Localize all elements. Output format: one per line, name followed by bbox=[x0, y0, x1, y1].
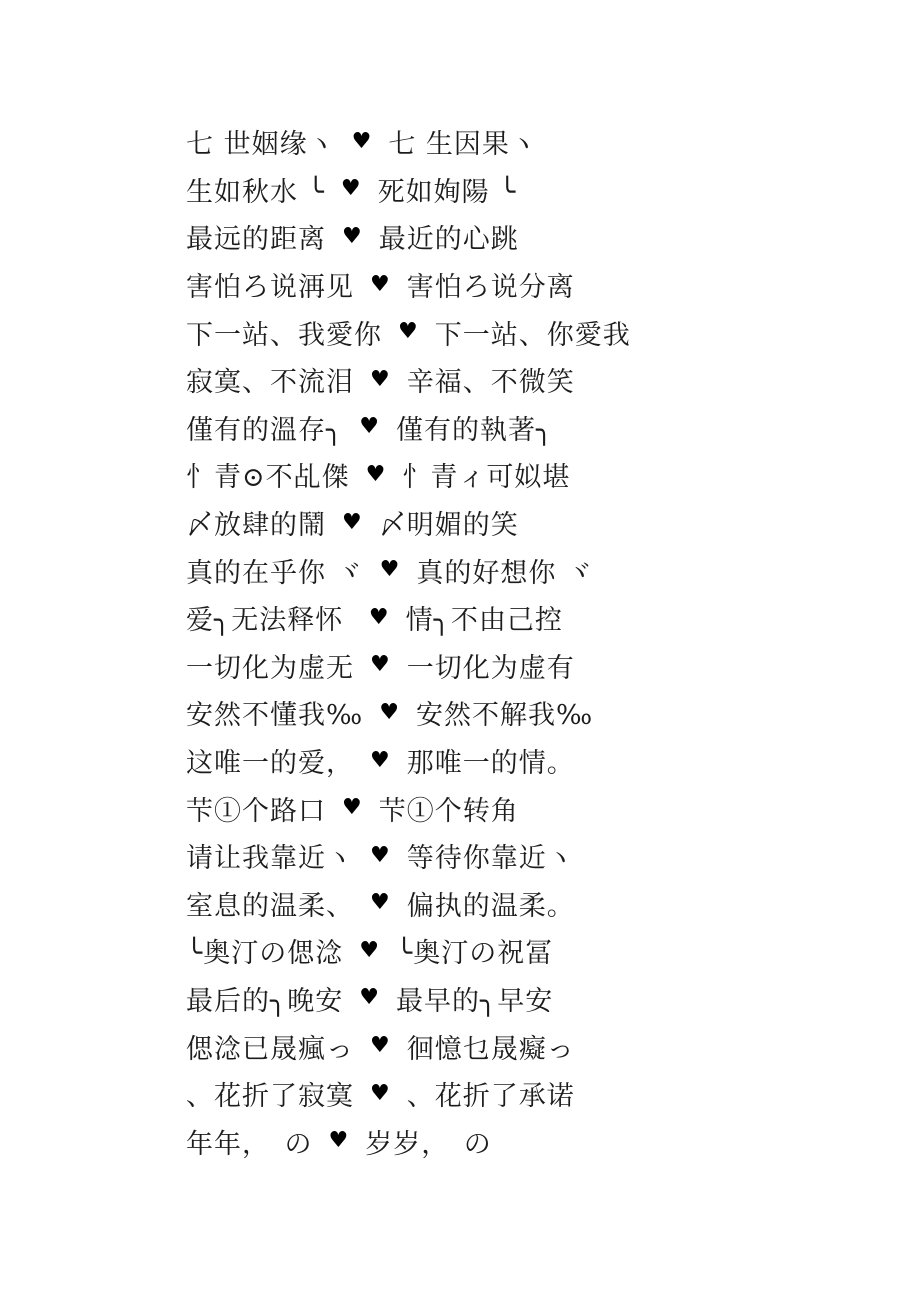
list-item: 生如秋水 ╰ ♥ 死如姰陽 ╰ bbox=[186, 166, 880, 214]
heart-icon: ♥ bbox=[366, 464, 387, 486]
list-item: 年年， の ♥ 岁岁， の bbox=[186, 1117, 880, 1165]
list-item: 爱╮无法释怀 ♥ 情╮不由己控 bbox=[186, 594, 880, 642]
list-item: 室息的温柔、 ♥ 偏执的温柔。 bbox=[186, 880, 880, 928]
right-name: 真的好想你 ヾ bbox=[416, 551, 594, 590]
list-item: 请让我靠近ヽ ♥ 等待你靠近ヽ bbox=[186, 832, 880, 880]
left-name: 芐①个路口 bbox=[186, 789, 326, 828]
list-item: 这唯一的爱， ♥ 那唯一的情。 bbox=[186, 737, 880, 785]
list-item: ╰奥汀の偲淰 ♥ ╰奥汀の祝冨 bbox=[186, 927, 880, 975]
left-name: 请让我靠近ヽ bbox=[186, 836, 354, 875]
heart-icon: ♥ bbox=[370, 892, 391, 914]
heart-icon: ♥ bbox=[379, 702, 400, 724]
right-name: 下一站、你愛我 bbox=[435, 313, 631, 352]
right-name: 情╮不由己控 bbox=[406, 598, 563, 637]
left-name: 偲淰已晟瘋っ bbox=[186, 1027, 354, 1066]
left-name: 爱╮无法释怀 bbox=[186, 598, 353, 637]
left-name: 〆放肆的鬧 bbox=[186, 503, 326, 542]
heart-icon: ♥ bbox=[380, 559, 401, 581]
list-item: 害怕ろ说洅见 ♥ 害怕ろ说分离 bbox=[186, 261, 880, 309]
left-name: 、花折了寂寞 bbox=[186, 1074, 354, 1113]
right-name: 岁岁， の bbox=[365, 1122, 492, 1161]
left-name: 害怕ろ说洅见 bbox=[186, 265, 354, 304]
list-item: 安然不懂我‰ ♥ 安然不解我‰ bbox=[186, 689, 880, 737]
left-name: 这唯一的爱， bbox=[186, 741, 354, 780]
left-name: 僅有的溫存╮ bbox=[186, 408, 343, 447]
left-name: 真的在乎你 ヾ bbox=[186, 551, 364, 590]
right-name: 那唯一的情。 bbox=[407, 741, 575, 780]
list-item: 芐①个路口 ♥ 芐①个转角 bbox=[186, 784, 880, 832]
right-name: 一切化为虚有 bbox=[407, 646, 575, 685]
heart-icon: ♥ bbox=[342, 512, 363, 534]
right-name: 芐①个转角 bbox=[379, 789, 519, 828]
right-name: 最早的╮早安 bbox=[396, 979, 553, 1018]
list-item: 寂寞、不流泪 ♥ 辛福、不微笑 bbox=[186, 356, 880, 404]
list-item: 、花折了寂寞 ♥ 、花折了承诺 bbox=[186, 1070, 880, 1118]
right-name: 安然不解我‰ bbox=[416, 693, 593, 732]
list-item: 忄青⊙不乩傑 ♥ 忄青ィ可姒堪 bbox=[186, 451, 880, 499]
heart-icon: ♥ bbox=[370, 845, 391, 867]
left-name: 室息的温柔、 bbox=[186, 884, 354, 923]
heart-icon: ♥ bbox=[370, 1083, 391, 1105]
right-name: 徊憶乜晟癡っ bbox=[407, 1027, 575, 1066]
left-name: 生如秋水 ╰ bbox=[186, 170, 325, 209]
heart-icon: ♥ bbox=[342, 797, 363, 819]
right-name: 偏执的温柔。 bbox=[407, 884, 575, 923]
list-item: 偲淰已晟瘋っ ♥ 徊憶乜晟癡っ bbox=[186, 1022, 880, 1070]
list-item: 下一站、我愛你 ♥ 下一站、你愛我 bbox=[186, 308, 880, 356]
heart-icon: ♥ bbox=[341, 178, 362, 200]
left-name: 最远的距离 bbox=[186, 217, 326, 256]
heart-icon: ♥ bbox=[359, 416, 380, 438]
left-name: 安然不懂我‰ bbox=[186, 693, 363, 732]
left-name: 下一站、我愛你 bbox=[186, 313, 382, 352]
list-item: 〆放肆的鬧 ♥ 〆明媚的笑 bbox=[186, 499, 880, 547]
left-name: 一切化为虚无 bbox=[186, 646, 354, 685]
heart-icon: ♥ bbox=[342, 226, 363, 248]
right-name: 死如姰陽 ╰ bbox=[378, 170, 517, 209]
heart-icon: ♥ bbox=[352, 131, 373, 153]
list-item: 真的在乎你 ヾ ♥ 真的好想你 ヾ bbox=[186, 546, 880, 594]
name-list: 七 世姻缘ヽ ♥ 七 生因果ヽ 生如秋水 ╰ ♥ 死如姰陽 ╰ 最远的距离 ♥ … bbox=[186, 118, 880, 1165]
right-name: 、花折了承诺 bbox=[407, 1074, 575, 1113]
heart-icon: ♥ bbox=[370, 1035, 391, 1057]
heart-icon: ♥ bbox=[370, 274, 391, 296]
right-name: 〆明媚的笑 bbox=[379, 503, 519, 542]
left-name: 最后的╮晚安 bbox=[186, 979, 343, 1018]
list-item: 最远的距离 ♥ 最近的心跳 bbox=[186, 213, 880, 261]
right-name: 僅有的執著╮ bbox=[396, 408, 553, 447]
heart-icon: ♥ bbox=[369, 607, 390, 629]
list-item: 僅有的溫存╮ ♥ 僅有的執著╮ bbox=[186, 404, 880, 452]
right-name: 忄青ィ可姒堪 bbox=[402, 455, 570, 494]
document-page: 七 世姻缘ヽ ♥ 七 生因果ヽ 生如秋水 ╰ ♥ 死如姰陽 ╰ 最远的距离 ♥ … bbox=[0, 0, 920, 1302]
list-item: 一切化为虚无 ♥ 一切化为虚有 bbox=[186, 642, 880, 690]
right-name: ╰奥汀の祝冨 bbox=[396, 931, 553, 970]
heart-icon: ♥ bbox=[359, 987, 380, 1009]
list-item: 最后的╮晚安 ♥ 最早的╮早安 bbox=[186, 975, 880, 1023]
right-name: 七 生因果ヽ bbox=[388, 122, 538, 161]
heart-icon: ♥ bbox=[359, 940, 380, 962]
heart-icon: ♥ bbox=[370, 654, 391, 676]
heart-icon: ♥ bbox=[370, 369, 391, 391]
left-name: 七 世姻缘ヽ bbox=[186, 122, 336, 161]
right-name: 等待你靠近ヽ bbox=[407, 836, 575, 875]
right-name: 害怕ろ说分离 bbox=[407, 265, 575, 304]
heart-icon: ♥ bbox=[329, 1130, 350, 1152]
left-name: 寂寞、不流泪 bbox=[186, 360, 354, 399]
left-name: ╰奥汀の偲淰 bbox=[186, 931, 343, 970]
left-name: 年年， の bbox=[186, 1122, 313, 1161]
left-name: 忄青⊙不乩傑 bbox=[186, 455, 350, 494]
list-item: 七 世姻缘ヽ ♥ 七 生因果ヽ bbox=[186, 118, 880, 166]
heart-icon: ♥ bbox=[370, 750, 391, 772]
right-name: 最近的心跳 bbox=[379, 217, 519, 256]
right-name: 辛福、不微笑 bbox=[407, 360, 575, 399]
heart-icon: ♥ bbox=[398, 321, 419, 343]
